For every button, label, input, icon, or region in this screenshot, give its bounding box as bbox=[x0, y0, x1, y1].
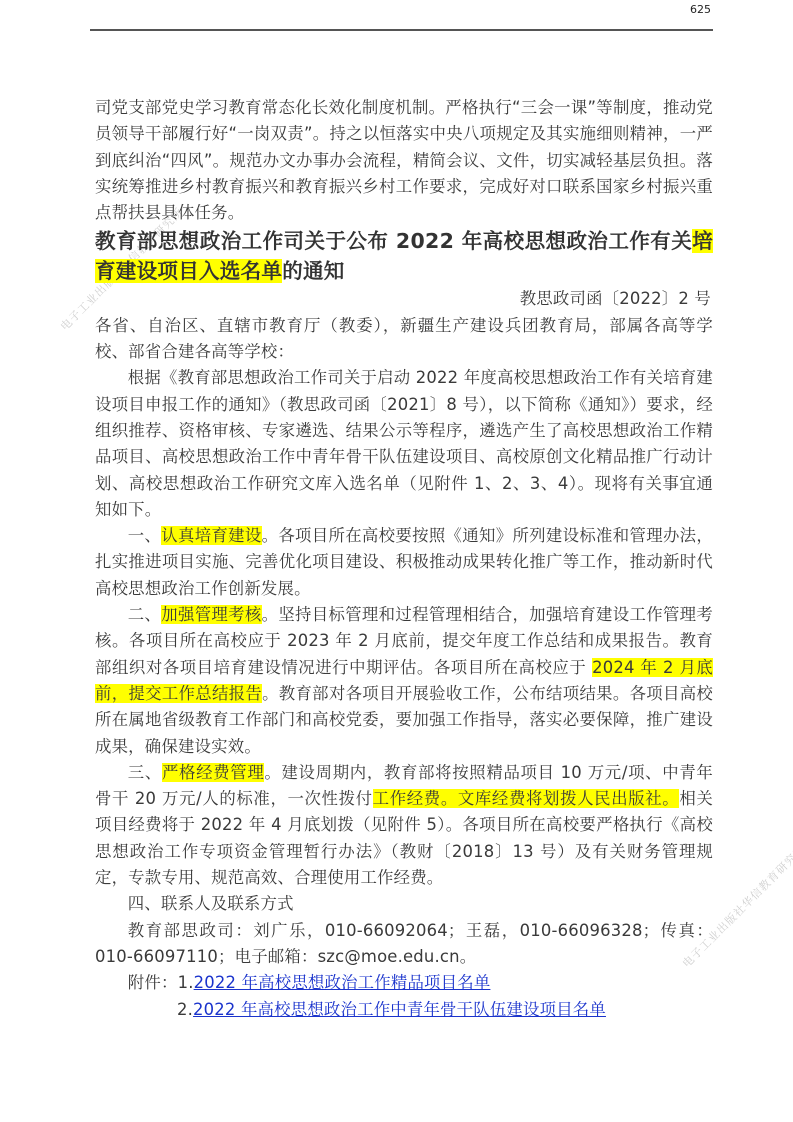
page-number: 625 bbox=[690, 3, 711, 16]
attachment-link-1[interactable]: 2022 年高校思想政治工作精品项目名单 bbox=[194, 973, 491, 992]
attachment-number: 2. bbox=[177, 1000, 193, 1019]
section-4: 四、联系人及联系方式 bbox=[95, 891, 713, 917]
section-prefix: 一、 bbox=[128, 526, 161, 545]
document-number: 教思政司函〔2022〕2 号 bbox=[95, 286, 713, 312]
attachment-number: 1. bbox=[178, 973, 194, 992]
section-2: 二、加强管理考核。坚持目标管理和过程管理相结合，加强培育建设工作管理考核。各项目… bbox=[95, 602, 713, 760]
intro-paragraph: 司党支部党史学习教育常态化长效化制度机制。严格执行“三会一课”等制度，推动党员领… bbox=[95, 95, 713, 226]
attachment-2: 2.2022 年高校思想政治工作中青年骨干队伍建设项目名单 bbox=[95, 997, 713, 1023]
section-1: 一、认真培育建设。各项目所在高校要按照《通知》所列建设标准和管理办法，扎实推进项… bbox=[95, 523, 713, 602]
title-text: 教育部思想政治工作司关于公布 2022 年高校思想政治工作有关 bbox=[95, 229, 692, 253]
document-body: 司党支部党史学习教育常态化长效化制度机制。严格执行“三会一课”等制度，推动党员领… bbox=[95, 95, 713, 1023]
attachment-link-2[interactable]: 2022 年高校思想政治工作中青年骨干队伍建设项目名单 bbox=[193, 1000, 606, 1019]
contact-info: 教育部思政司：刘广乐，010-66092064；王磊，010-66096328；… bbox=[95, 918, 713, 971]
section-3: 三、严格经费管理。建设周期内，教育部将按照精品项目 10 万元/项、中青年骨干 … bbox=[95, 760, 713, 891]
section-heading: 加强管理考核 bbox=[161, 605, 261, 624]
header-rule bbox=[90, 29, 713, 31]
attachment-1: 附件：1.2022 年高校思想政治工作精品项目名单 bbox=[95, 970, 713, 996]
section-heading: 严格经费管理 bbox=[162, 763, 264, 782]
notice-title: 教育部思想政治工作司关于公布 2022 年高校思想政治工作有关培育建设项目入选名… bbox=[95, 226, 713, 286]
section-heading: 联系人及联系方式 bbox=[161, 894, 294, 913]
section-prefix: 四、 bbox=[128, 894, 161, 913]
section-prefix: 三、 bbox=[128, 763, 162, 782]
section-highlight: 工作经费。文库经费将划拨人民出版社。 bbox=[373, 789, 680, 808]
addressee: 各省、自治区、直辖市教育厅（教委），新疆生产建设兵团教育局，部属各高等学校、部省… bbox=[95, 313, 713, 366]
attachments-label: 附件： bbox=[128, 973, 178, 992]
notice-intro: 根据《教育部思想政治工作司关于启动 2022 年度高校思想政治工作有关培育建设项… bbox=[95, 365, 713, 523]
section-prefix: 二、 bbox=[128, 605, 161, 624]
section-heading: 认真培育建设 bbox=[161, 526, 261, 545]
title-text-end: 的通知 bbox=[282, 259, 344, 283]
